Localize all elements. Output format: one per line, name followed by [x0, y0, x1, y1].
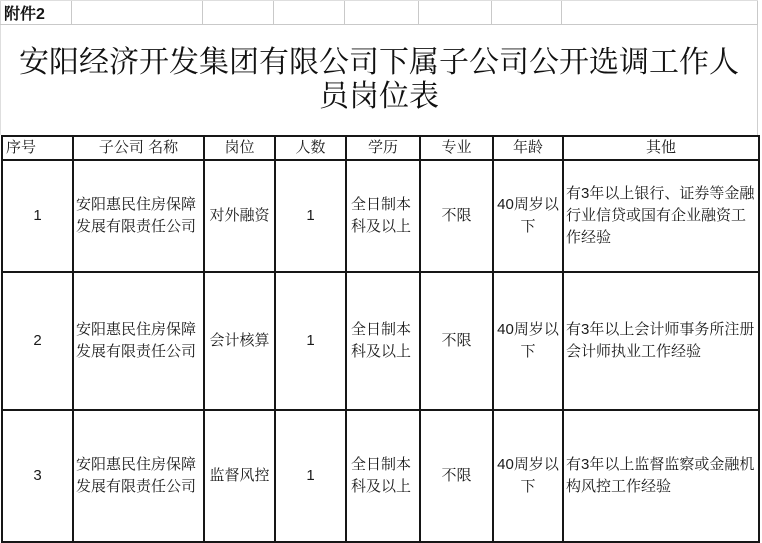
table-row: 2 安阳惠民住房保障发展有限责任公司 会计核算 1 全日制本科及以上 不限 40…: [2, 272, 759, 410]
gridline-cell: [274, 1, 345, 24]
table-row: 3 安阳惠民住房保障发展有限责任公司 监督风控 1 全日制本科及以上 不限 40…: [2, 410, 759, 542]
cell-position: 监督风控: [204, 410, 275, 542]
cell-seq: 1: [2, 160, 73, 272]
column-header-education: 学历: [346, 136, 420, 160]
gridline-cell-a1: 附件2: [0, 1, 72, 24]
gridline-cell: [72, 1, 203, 24]
positions-table: 序号 子公司 名称 岗位 人数 学历 专业 年龄 其他 1 安阳惠民住房保障发展…: [1, 135, 760, 543]
column-header-position: 岗位: [204, 136, 275, 160]
cell-company: 安阳惠民住房保障发展有限责任公司: [73, 272, 204, 410]
cell-company: 安阳惠民住房保障发展有限责任公司: [73, 410, 204, 542]
cell-education: 全日制本科及以上: [346, 410, 420, 542]
cell-age: 40周岁以下: [493, 160, 563, 272]
column-header-major: 专业: [420, 136, 493, 160]
cell-headcount: 1: [275, 410, 346, 542]
spreadsheet-gridline-row: 附件2: [0, 0, 758, 25]
cell-education: 全日制本科及以上: [346, 160, 420, 272]
gridline-cell: [562, 1, 758, 24]
cell-position: 对外融资: [204, 160, 275, 272]
cell-major: 不限: [420, 272, 493, 410]
cell-age: 40周岁以下: [493, 410, 563, 542]
cell-age: 40周岁以下: [493, 272, 563, 410]
cell-education: 全日制本科及以上: [346, 272, 420, 410]
cell-other: 有3年以上监督监察或金融机构风控工作经验: [563, 410, 759, 542]
column-header-age: 年龄: [493, 136, 563, 160]
cell-other: 有3年以上会计师事务所注册会计师执业工作经验: [563, 272, 759, 410]
page-title-text: 安阳经济开发集团有限公司下属子公司公开选调工作人员岗位表: [15, 46, 743, 114]
gridline-cell: [419, 1, 492, 24]
document-page: 附件2 安阳经济开发集团有限公司下属子公司公开选调工作人员岗位表 序号 子公司 …: [0, 0, 762, 543]
gridline-cell: [345, 1, 419, 24]
column-header-other: 其他: [563, 136, 759, 160]
cell-position: 会计核算: [204, 272, 275, 410]
cell-major: 不限: [420, 160, 493, 272]
gridline-cell: [203, 1, 274, 24]
table-row: 1 安阳惠民住房保障发展有限责任公司 对外融资 1 全日制本科及以上 不限 40…: [2, 160, 759, 272]
page-title: 安阳经济开发集团有限公司下属子公司公开选调工作人员岗位表: [0, 25, 758, 135]
cell-headcount: 1: [275, 272, 346, 410]
table-header-row: 序号 子公司 名称 岗位 人数 学历 专业 年龄 其他: [2, 136, 759, 160]
gridline-cell: [492, 1, 562, 24]
cell-seq: 3: [2, 410, 73, 542]
cell-major: 不限: [420, 410, 493, 542]
cell-other: 有3年以上银行、证券等金融行业信贷或国有企业融资工作经验: [563, 160, 759, 272]
attachment-label: 附件2: [1, 1, 45, 24]
cell-headcount: 1: [275, 160, 346, 272]
column-header-headcount: 人数: [275, 136, 346, 160]
cell-seq: 2: [2, 272, 73, 410]
column-header-seq: 序号: [2, 136, 73, 160]
cell-company: 安阳惠民住房保障发展有限责任公司: [73, 160, 204, 272]
column-header-company: 子公司 名称: [73, 136, 204, 160]
